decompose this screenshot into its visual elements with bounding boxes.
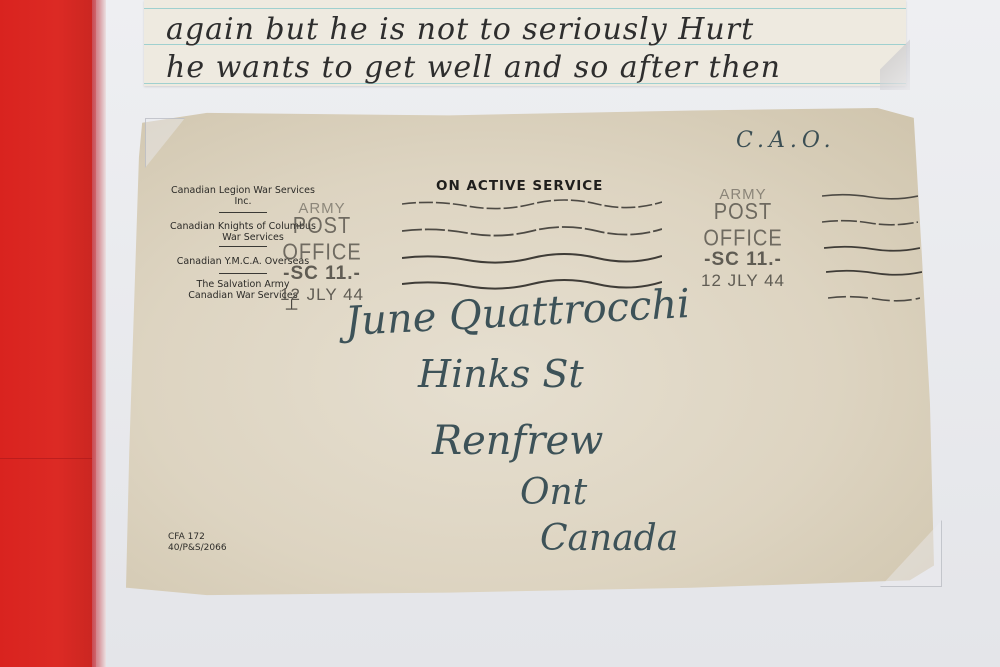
divider bbox=[219, 212, 267, 213]
cancellation-wave bbox=[826, 266, 922, 276]
postmark-right: ARMY POST OFFICE -SC 11.- 12 JLY 44 bbox=[684, 186, 802, 291]
cancellation-wave bbox=[828, 292, 920, 302]
address-province: Ont bbox=[520, 472, 587, 513]
cancellation-wave bbox=[824, 242, 920, 252]
board-seam bbox=[0, 458, 92, 459]
cancellation-wave bbox=[402, 252, 662, 262]
address-street: Hinks St bbox=[418, 352, 584, 396]
album-sleeve-edge bbox=[92, 0, 106, 667]
cancellation-wave bbox=[822, 216, 918, 226]
divider bbox=[219, 273, 267, 274]
letter-line-1: again but he is not to seriously Hurt bbox=[166, 12, 754, 47]
cancellation-wave bbox=[402, 225, 662, 235]
divider bbox=[219, 246, 267, 247]
cancellation-wave bbox=[402, 198, 662, 208]
letter-line-2: he wants to get well and so after then bbox=[166, 50, 781, 85]
ruled-line bbox=[144, 8, 906, 9]
address-city: Renfrew bbox=[432, 418, 603, 464]
cancellation-wave bbox=[822, 190, 918, 200]
cao-annotation: C.A.O. bbox=[736, 128, 836, 153]
handwritten-letter: again but he is not to seriously Hurt he… bbox=[144, 0, 906, 86]
photo-corner bbox=[880, 35, 910, 90]
red-backing-board bbox=[0, 0, 96, 667]
on-active-service-heading: ON ACTIVE SERVICE bbox=[436, 178, 603, 194]
address-country: Canada bbox=[540, 518, 678, 559]
form-code: CFA 172 40/P&S/2066 bbox=[168, 532, 227, 554]
